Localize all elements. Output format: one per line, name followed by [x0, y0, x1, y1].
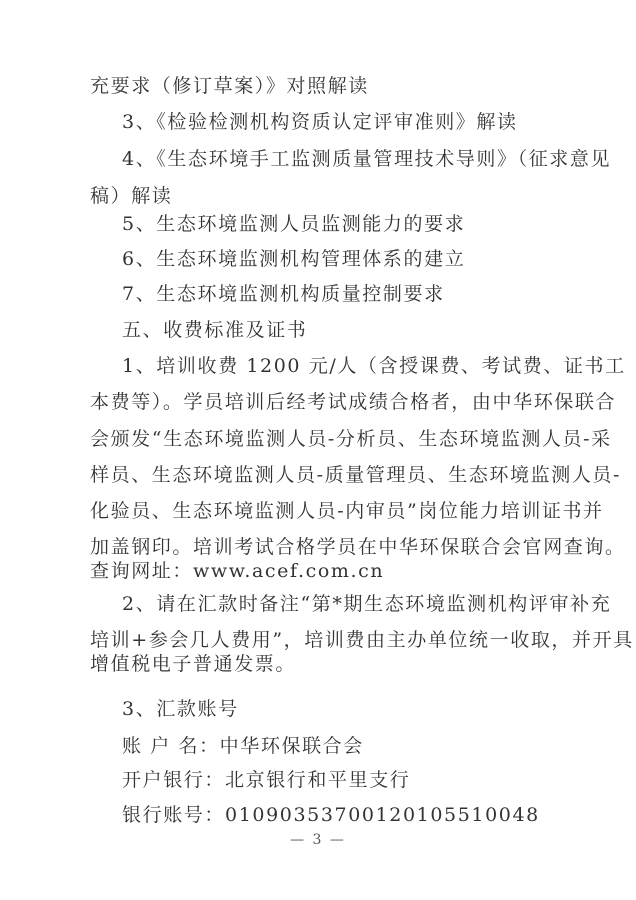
text-line: 化验员、生态环境监测人员-内审员”岗位能力培训证书并 — [90, 499, 604, 523]
text-line: 增值税电子普通发票。 — [90, 652, 296, 676]
text-line: 会颁发“生态环境监测人员-分析员、生态环境监测人员-采 — [90, 427, 612, 451]
text-line: 培训+参会几人费用”，培训费由主办单位统一收取，并开具 — [90, 628, 634, 652]
list-item: 7、生态环境监测机构质量控制要求 — [122, 282, 445, 306]
text-line: 充要求（修订草案）》对照解读 — [90, 74, 369, 98]
text-line: 2、请在汇款时备注“第*期生态环境监测机构评审补充 — [122, 592, 611, 616]
text-line: 本费等）。学员培训后经考试成绩合格者，由中华环保联合 — [90, 390, 616, 414]
account-name-line: 账 户 名：中华环保联合会 — [122, 734, 364, 758]
page-number: — 3 — — [0, 832, 636, 848]
text-line: 4、《生态环境手工监测质量管理技术导则》（征求意见 — [122, 147, 611, 171]
list-item: 6、生态环境监测机构管理体系的建立 — [122, 247, 465, 271]
text-line: 稿）解读 — [90, 184, 172, 208]
bank-line: 开户银行：北京银行和平里支行 — [122, 768, 410, 792]
text-line: 样员、生态环境监测人员-质量管理员、生态环境监测人员- — [90, 463, 621, 487]
text-line: 1、培训收费 1200 元/人（含授课费、考试费、证书工 — [122, 354, 626, 378]
query-url-line: 查询网址：www.acef.com.cn — [90, 559, 384, 583]
text-line: 加盖钢印。培训考试合格学员在中华环保联合会官网查询。 — [90, 535, 626, 559]
section-subheading: 3、汇款账号 — [122, 697, 239, 721]
account-number-line: 银行账号：01090353700120105510048 — [122, 803, 540, 827]
section-heading: 五、收费标准及证书 — [122, 318, 307, 342]
text-line: 3、《检验检测机构资质认定评审准则》解读 — [122, 110, 518, 134]
document-page: 充要求（修订草案）》对照解读 3、《检验检测机构资质认定评审准则》解读 4、《生… — [0, 0, 636, 900]
list-item: 5、生态环境监测人员监测能力的要求 — [122, 212, 465, 236]
